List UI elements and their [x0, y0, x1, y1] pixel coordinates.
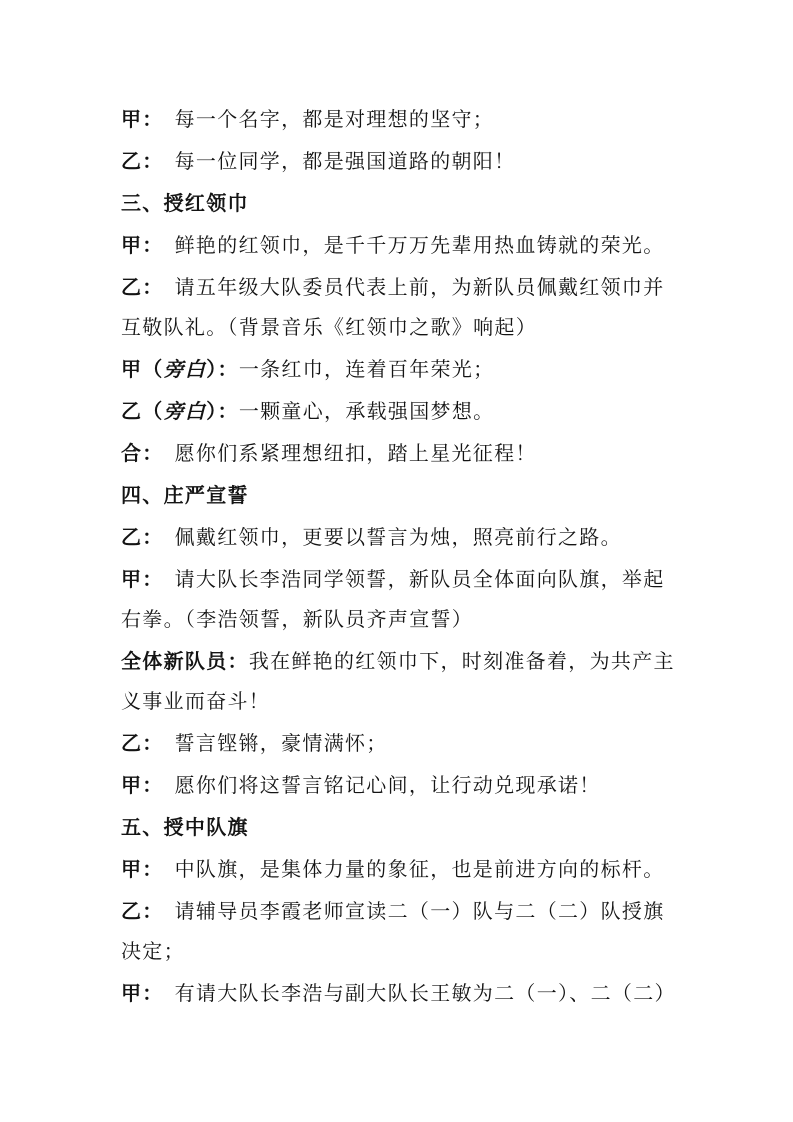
speaker-label-emphasis: 旁白: [164, 359, 207, 381]
dialog-paragraph: 乙（旁白）：一颗童心，承载强国梦想。: [121, 392, 677, 432]
script-line-text: 有请大队长李浩与副大队长王敏为二（一）、二（二）: [175, 983, 676, 1005]
speaker-label-text: 甲：: [121, 235, 164, 257]
speaker-label: 合：: [121, 443, 164, 465]
script-line-text: 愿你们将这誓言铭记心间，让行动兑现承诺！: [175, 775, 601, 797]
speaker-label-text: 合：: [121, 443, 164, 465]
dialog-paragraph: 甲：鲜艳的红领巾，是千千万万先辈用热血铸就的荣光。: [121, 226, 677, 266]
speaker-label-text: 乙：: [121, 277, 164, 299]
speaker-label-text: 乙：: [121, 901, 164, 923]
speaker-label: 乙：: [121, 527, 164, 549]
dialog-paragraph: 乙：每一位同学，都是强国道路的朝阳！: [121, 142, 677, 182]
script-line-text: 愿你们系紧理想纽扣，踏上星光征程！: [175, 443, 537, 465]
speaker-label: 全体新队员：: [121, 651, 249, 673]
section-heading: 四、庄严宣誓: [121, 476, 677, 516]
section-heading: 三、授红领巾: [121, 184, 677, 224]
script-line-text: 誓言铿锵，豪情满怀；: [175, 733, 388, 755]
script-line-text: 决定；: [121, 932, 677, 972]
script-line-text: 佩戴红领巾，更要以誓言为烛，照亮前行之路。: [175, 527, 622, 549]
dialog-paragraph: 甲：请大队长李浩同学领誓，新队员全体面向队旗，举起右拳。（李浩领誓，新队员齐声宣…: [121, 560, 677, 640]
script-line-text: 鲜艳的红领巾，是千千万万先辈用热血铸就的荣光。: [175, 235, 665, 257]
speaker-label: 甲：: [121, 569, 164, 591]
speaker-label: 乙：: [121, 277, 164, 299]
speaker-label-text: 甲：: [121, 109, 164, 131]
speaker-label-text: 全体新队员：: [121, 651, 249, 673]
dialog-paragraph: 甲：愿你们将这誓言铭记心间，让行动兑现承诺！: [121, 766, 677, 806]
script-line-text: 请大队长李浩同学领誓，新队员全体面向队旗，举起: [175, 569, 665, 591]
dialog-paragraph: 甲：中队旗，是集体力量的象征，也是前进方向的标杆。: [121, 850, 677, 890]
document-page: 甲：每一个名字，都是对理想的坚守；乙：每一位同学，都是强国道路的朝阳！三、授红领…: [0, 0, 793, 1122]
script-line-text: 请辅导员李霞老师宣读二（一）队与二（二）队授旗: [175, 901, 665, 923]
dialog-paragraph: 甲：有请大队长李浩与副大队长王敏为二（一）、二（二）: [121, 974, 677, 1014]
speaker-label: 乙（旁白）：: [121, 401, 239, 423]
script-line-text: 一颗童心，承载强国梦想。: [239, 401, 495, 423]
dialog-paragraph: 乙：请辅导员李霞老师宣读二（一）队与二（二）队授旗决定；: [121, 892, 677, 972]
script-line-text: 每一个名字，都是对理想的坚守；: [175, 109, 495, 131]
speaker-label-text: 乙：: [121, 151, 164, 173]
speaker-label: 乙：: [121, 901, 164, 923]
script-line-text: 我在鲜艳的红领巾下，时刻准备着，为共产主: [249, 651, 675, 673]
script-line-text: 一条红巾，连着百年荣光；: [239, 359, 495, 381]
dialog-paragraph: 甲（旁白）：一条红巾，连着百年荣光；: [121, 350, 677, 390]
speaker-label: 甲：: [121, 109, 164, 131]
speaker-label: 乙：: [121, 151, 164, 173]
script-line-text: 右拳。（李浩领誓，新队员齐声宣誓）: [121, 600, 677, 640]
script-line-text: 每一位同学，都是强国道路的朝阳！: [175, 151, 516, 173]
speaker-label-text: 甲（: [121, 359, 164, 381]
dialog-paragraph: 乙：请五年级大队委员代表上前，为新队员佩戴红领巾并互敬队礼。（背景音乐《红领巾之…: [121, 268, 677, 348]
speaker-label: 甲：: [121, 775, 164, 797]
heading-text: 三、授红领巾: [121, 193, 249, 215]
speaker-label-text: ）：: [206, 359, 239, 381]
speaker-label-text: 乙：: [121, 733, 164, 755]
speaker-label-text: 乙（: [121, 401, 164, 423]
speaker-label: 甲（旁白）：: [121, 359, 239, 381]
speaker-label: 甲：: [121, 983, 164, 1005]
speaker-label-text: ）：: [206, 401, 239, 423]
heading-text: 四、庄严宣誓: [121, 485, 249, 507]
script-line-text: 请五年级大队委员代表上前，为新队员佩戴红领巾并: [175, 277, 665, 299]
speaker-label: 甲：: [121, 859, 164, 881]
heading-text: 五、授中队旗: [121, 817, 249, 839]
script-line-text: 互敬队礼。（背景音乐《红领巾之歌》响起）: [121, 308, 677, 348]
speaker-label-emphasis: 旁白: [164, 401, 207, 423]
dialog-paragraph: 乙：佩戴红领巾，更要以誓言为烛，照亮前行之路。: [121, 518, 677, 558]
dialog-paragraph: 乙：誓言铿锵，豪情满怀；: [121, 724, 677, 764]
script-line-text: 中队旗，是集体力量的象征，也是前进方向的标杆。: [175, 859, 665, 881]
speaker-label-text: 甲：: [121, 859, 164, 881]
dialog-paragraph: 合：愿你们系紧理想纽扣，踏上星光征程！: [121, 434, 677, 474]
speaker-label-text: 甲：: [121, 983, 164, 1005]
speaker-label-text: 甲：: [121, 569, 164, 591]
dialog-paragraph: 甲：每一个名字，都是对理想的坚守；: [121, 100, 677, 140]
speaker-label: 甲：: [121, 235, 164, 257]
page-body: 甲：每一个名字，都是对理想的坚守；乙：每一位同学，都是强国道路的朝阳！三、授红领…: [121, 100, 677, 1016]
script-line-text: 义事业而奋斗！: [121, 682, 677, 722]
speaker-label: 乙：: [121, 733, 164, 755]
dialog-paragraph: 全体新队员：我在鲜艳的红领巾下，时刻准备着，为共产主义事业而奋斗！: [121, 642, 677, 722]
speaker-label-text: 乙：: [121, 527, 164, 549]
speaker-label-text: 甲：: [121, 775, 164, 797]
section-heading: 五、授中队旗: [121, 808, 677, 848]
